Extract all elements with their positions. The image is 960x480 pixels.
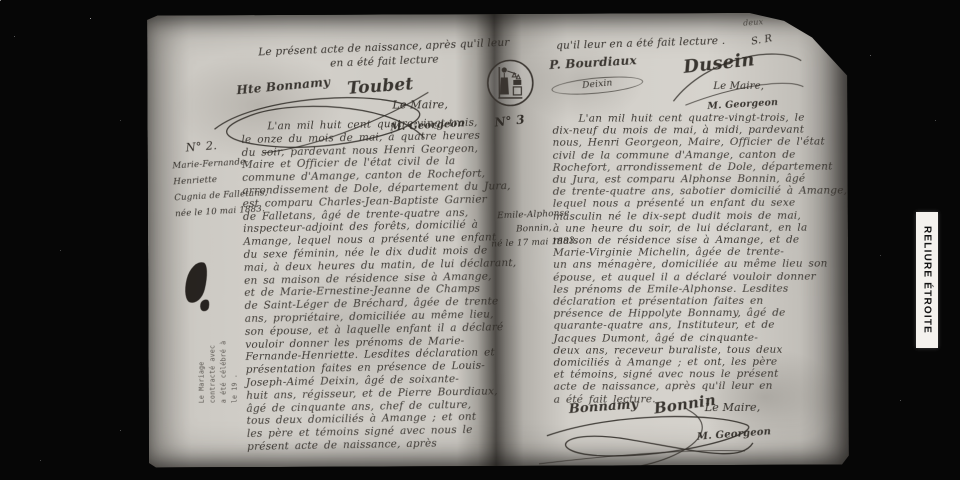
hand-line: nous, Henri Georgeon, Maire, Officier de… [553, 136, 845, 149]
right-bottom-signature-mayor: M. Georgeon [697, 426, 772, 442]
hand-line: de trente-quatre ans, sabotier domicilié… [553, 185, 845, 198]
scanned-register-view: { "colors": { "background": "#060606", "… [0, 0, 960, 480]
hand-line: épouse, et auquel il a déclaré vouloir d… [553, 270, 845, 283]
binding-note-label: RELIURE ÉTROITE [916, 212, 938, 348]
stamp-line: contracté avec [207, 263, 219, 403]
right-top-signature-paraph: Deixin [551, 73, 644, 97]
right-act-body: L'an mil huit cent quatre-vingt-trois, l… [552, 111, 845, 405]
stamp-line: le 19 . [229, 263, 241, 403]
left-signature-witness2: Toubet [347, 74, 414, 99]
right-top-signature-mayor: M. Georgeon [707, 97, 778, 112]
corner-note-word: deux [743, 17, 764, 27]
revenue-stamp-icon [485, 58, 535, 108]
corner-note-initials: S. R [750, 33, 773, 48]
right-act-number: N° 3 [494, 112, 526, 129]
stamp-line: a été célébré à [218, 263, 230, 403]
left-act-number: N° 2. [185, 138, 217, 154]
register-double-page: Le présent acte de naissance, après qu'i… [147, 12, 849, 467]
left-page-closing-text: Le présent acte de naissance, après qu'i… [244, 35, 525, 74]
hand-line: un ans ménagère, domiciliée au même lieu… [553, 258, 845, 271]
left-signature-witness1: Hte Bonnamy [236, 75, 331, 98]
left-mayor-title: Le Maire, [392, 98, 448, 111]
right-top-signature-father: Dusein [682, 49, 755, 78]
hand-line: à une heure du soir, de lui déclarant, e… [553, 221, 845, 234]
left-act-body: L'an mil huit cent quatre-vingt-trois,le… [241, 116, 502, 453]
right-page-closing-text: qu'il leur en a été fait lecture . [556, 35, 726, 52]
right-bottom-mayor-title: Le Maire, [705, 401, 761, 414]
scanner-dust-specks [0, 0, 1, 1]
right-top-signature-witness1: P. Bourdiaux [549, 53, 637, 72]
right-top-mayor-title: Le Maire, [713, 81, 764, 92]
